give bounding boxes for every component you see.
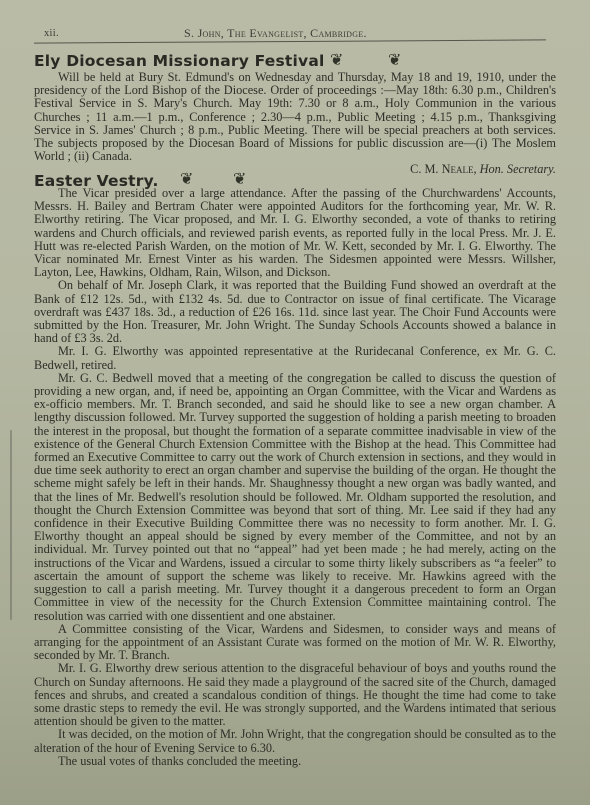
leaf-ornament-icon: ❦ [388, 52, 401, 68]
paragraph: Will be held at Bury St. Edmund's on Wed… [34, 71, 556, 163]
paragraph: Mr. I. G. Elworthy was appointed represe… [34, 345, 556, 371]
signature-name: C. M. Neale, [410, 162, 476, 176]
signature-role: Hon. Secretary. [480, 162, 556, 176]
paragraph: The Vicar presided over a large attendan… [34, 187, 556, 279]
leaf-ornament-icon: ❦ [180, 171, 193, 187]
running-head-title: S. John, The Evangelist, Cambridge. [184, 26, 367, 41]
leaf-ornament-icon: ❦ [330, 52, 343, 68]
paragraph: The usual votes of thanks concluded the … [34, 755, 556, 768]
paragraph: It was decided, on the motion of Mr. Joh… [34, 728, 556, 754]
paragraph: Mr. I. G. Elworthy drew serious attentio… [34, 662, 556, 728]
paragraph: Mr. G. C. Bedwell moved that a meeting o… [34, 372, 556, 623]
section-body-easter-vestry: The Vicar presided over a large attendan… [34, 187, 556, 768]
paragraph: On behalf of Mr. Joseph Clark, it was re… [34, 279, 556, 345]
page-number: xii. [44, 28, 59, 39]
paragraph: A Committee consisting of the Vicar, War… [34, 623, 556, 663]
document-page: xii. S. John, The Evangelist, Cambridge.… [0, 0, 590, 805]
header-rule [34, 39, 546, 43]
running-head: xii. S. John, The Evangelist, Cambridge. [34, 22, 544, 40]
section-body-missionary-festival: Will be held at Bury St. Edmund's on Wed… [34, 71, 556, 177]
section-heading-missionary-festival: Ely Diocesan Missionary Festival [34, 52, 325, 70]
margin-pencil-mark [10, 430, 12, 620]
leaf-ornament-icon: ❦ [233, 171, 246, 187]
